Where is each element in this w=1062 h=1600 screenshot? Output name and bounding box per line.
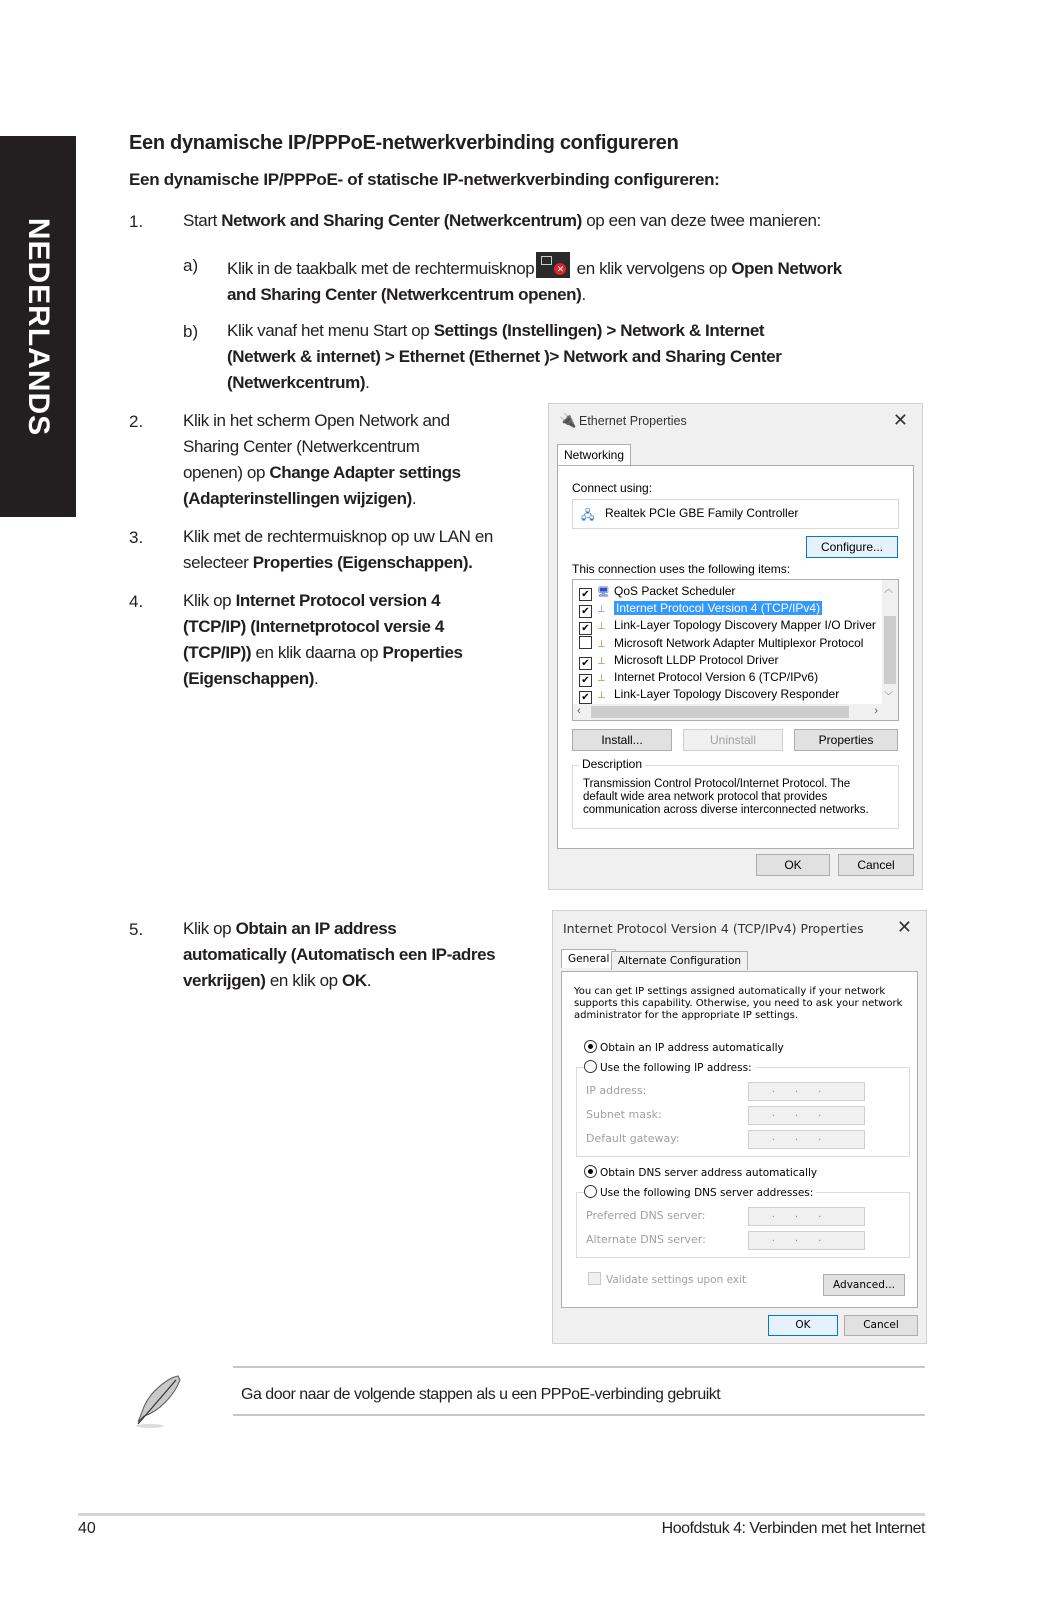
scheduler-icon: 🖥 [597,587,611,598]
substep-b-text: Klik vanaf het menu Start op Settings (I… [227,318,937,396]
protocol-icon: ⊥ [597,656,611,667]
substep-label: b) [183,322,198,342]
configure-button[interactable]: Configure... [806,536,898,558]
step-1-text: Start Network and Sharing Center (Netwer… [183,208,943,234]
install-button[interactable]: Install... [572,729,672,751]
page-number: 40 [78,1520,96,1538]
protocol-icon: ⊥ [597,673,611,684]
radio-icon [584,1165,597,1178]
list-item[interactable]: ✔⊥Link-Layer Topology Discovery Mapper I… [579,618,876,635]
horizontal-scrollbar[interactable]: ‹ › [573,704,898,720]
checkbox-icon[interactable]: ✔ [579,657,592,670]
networking-panel: Connect using: 🖧 Realtek PCIe GBE Family… [557,465,914,849]
radio-use-following-dns[interactable]: Use the following DNS server addresses: [584,1185,816,1199]
description-group: Description Transmission Control Protoco… [572,765,899,829]
dialog-title: Ethernet Properties [579,414,687,428]
protocol-icon: ⊥ [597,639,611,650]
ipv4-properties-dialog: Internet Protocol Version 4 (TCP/IPv4) P… [552,910,927,1344]
language-tab: NEDERLANDS [0,136,76,517]
subnet-mask-label: Subnet mask: [586,1108,662,1121]
adapter-field: 🖧 Realtek PCIe GBE Family Controller [572,499,899,529]
checkbox-icon[interactable]: ✔ [579,674,592,687]
list-item-label: Link-Layer Topology Discovery Responder [614,687,839,701]
dialog-title: Internet Protocol Version 4 (TCP/IPv4) P… [563,921,864,936]
step-4-text: Klik op Internet Protocol version 4(TCP/… [183,588,543,692]
preferred-dns-label: Preferred DNS server: [586,1209,706,1222]
list-item[interactable]: ✔⊥Link-Layer Topology Discovery Responde… [579,687,839,704]
ip-address-field: ... [748,1082,865,1101]
connect-using-label: Connect using: [572,481,652,495]
advanced-button[interactable]: Advanced... [823,1274,905,1296]
radio-obtain-dns-auto[interactable]: Obtain DNS server address automatically [584,1165,817,1179]
default-gateway-label: Default gateway: [586,1132,680,1145]
close-icon[interactable]: ✕ [893,410,908,431]
intro-text: You can get IP settings assigned automat… [574,986,909,1022]
ethernet-properties-dialog: 🔌 Ethernet Properties ✕ Networking Conne… [548,403,923,890]
list-item-label: Internet Protocol Version 4 (TCP/IPv4) [614,601,822,615]
network-tray-icon [536,252,570,278]
scroll-up-icon[interactable]: ︿ [884,582,893,595]
checkbox-icon[interactable]: ✔ [579,588,592,601]
h-scrollbar-thumb[interactable] [591,706,849,718]
step-number: 3. [129,528,143,548]
checkbox-icon[interactable]: ✔ [579,605,592,618]
step-number: 2. [129,412,143,432]
chapter-title: Hoofdstuk 4: Verbinden met het Internet [662,1520,925,1538]
adapter-name: Realtek PCIe GBE Family Controller [605,506,798,520]
radio-use-following-ip[interactable]: Use the following IP address: [584,1060,755,1074]
scroll-left-icon[interactable]: ‹ [577,705,581,717]
list-item[interactable]: ✔🖥QoS Packet Scheduler [579,584,735,601]
items-label: This connection uses the following items… [572,562,790,576]
step-number: 5. [129,920,143,940]
footer-rule [78,1513,925,1516]
description-text: Transmission Control Protocol/Internet P… [583,778,883,817]
protocol-icon: ⊥ [597,690,611,701]
language-label: NEDERLANDS [21,217,55,435]
radio-obtain-ip-auto[interactable]: Obtain an IP address automatically [584,1040,784,1054]
vertical-scrollbar[interactable]: ︿ ﹀ [882,580,898,704]
substep-a-text: Klik in de taakbalk met de rechtermuiskn… [227,252,937,308]
default-gateway-field: ... [748,1130,865,1149]
step-5-text: Klik op Obtain an IP addressautomaticall… [183,916,543,994]
scroll-right-icon[interactable]: › [874,705,878,717]
page-subtitle: Een dynamische IP/PPPoE- of statische IP… [129,170,720,190]
ok-button[interactable]: OK [768,1315,838,1336]
uninstall-button: Uninstall [683,729,783,751]
validate-settings-checkbox: Validate settings upon exit [588,1272,746,1286]
cancel-button[interactable]: Cancel [838,854,914,876]
step-number: 4. [129,592,143,612]
properties-button[interactable]: Properties [794,729,898,751]
note-text: Ga door naar de volgende stappen als u e… [241,1386,720,1404]
cancel-button[interactable]: Cancel [844,1315,918,1336]
general-panel: You can get IP settings assigned automat… [561,971,918,1308]
checkbox-icon[interactable] [579,636,592,649]
list-item[interactable]: ✔⊥Internet Protocol Version 6 (TCP/IPv6) [579,670,818,687]
note-top-rule [233,1366,925,1368]
close-icon[interactable]: ✕ [897,917,912,938]
scroll-down-icon[interactable]: ﹀ [884,689,893,702]
note-feather-icon [128,1372,186,1430]
radio-icon [584,1040,597,1053]
ethernet-icon: 🔌 [559,412,576,429]
checkbox-icon [588,1272,601,1285]
checkbox-icon[interactable]: ✔ [579,691,592,704]
protocol-icon: ⊥ [597,604,611,615]
checkbox-icon[interactable]: ✔ [579,622,592,635]
substep-label: a) [183,256,198,276]
radio-icon [584,1185,597,1198]
list-item-label: Microsoft LLDP Protocol Driver [614,653,779,667]
dialog-titlebar: 🔌 Ethernet Properties ✕ [549,404,922,438]
step-3-text: Klik met de rechtermuisknop op uw LAN en… [183,524,543,576]
preferred-dns-field: ... [748,1207,865,1226]
scrollbar-thumb[interactable] [884,616,896,684]
note-bottom-rule [233,1414,925,1416]
radio-icon [584,1060,597,1073]
step-2-text: Klik in het scherm Open Network andShari… [183,408,543,512]
step-number: 1. [129,212,143,232]
list-item-label: QoS Packet Scheduler [614,584,735,598]
items-list: ︿ ﹀ ‹ › ✔🖥QoS Packet Scheduler✔⊥Internet… [572,579,899,721]
list-item-label: Internet Protocol Version 6 (TCP/IPv6) [614,670,818,684]
list-item[interactable]: ✔⊥Internet Protocol Version 4 (TCP/IPv4) [579,601,822,618]
dialog-titlebar: Internet Protocol Version 4 (TCP/IPv4) P… [553,911,926,945]
ok-button[interactable]: OK [756,854,830,876]
adapter-icon: 🖧 [581,506,594,527]
description-label: Description [579,757,645,771]
tab-networking[interactable]: Networking [557,444,631,465]
ip-address-label: IP address: [586,1084,646,1097]
page-title: Een dynamische IP/PPPoE-netwerkverbindin… [129,132,679,155]
subnet-mask-field: ... [748,1106,865,1125]
list-item-label: Link-Layer Topology Discovery Mapper I/O… [614,618,876,632]
tab-general[interactable]: General [561,949,616,968]
alternate-dns-field: ... [748,1231,865,1250]
list-item-label: Microsoft Network Adapter Multiplexor Pr… [614,636,863,650]
tab-alternate-configuration[interactable]: Alternate Configuration [611,951,748,970]
alternate-dns-label: Alternate DNS server: [586,1233,706,1246]
list-item[interactable]: ✔⊥Microsoft LLDP Protocol Driver [579,653,779,670]
list-item[interactable]: ⊥Microsoft Network Adapter Multiplexor P… [579,636,863,653]
protocol-icon: ⊥ [597,621,611,632]
